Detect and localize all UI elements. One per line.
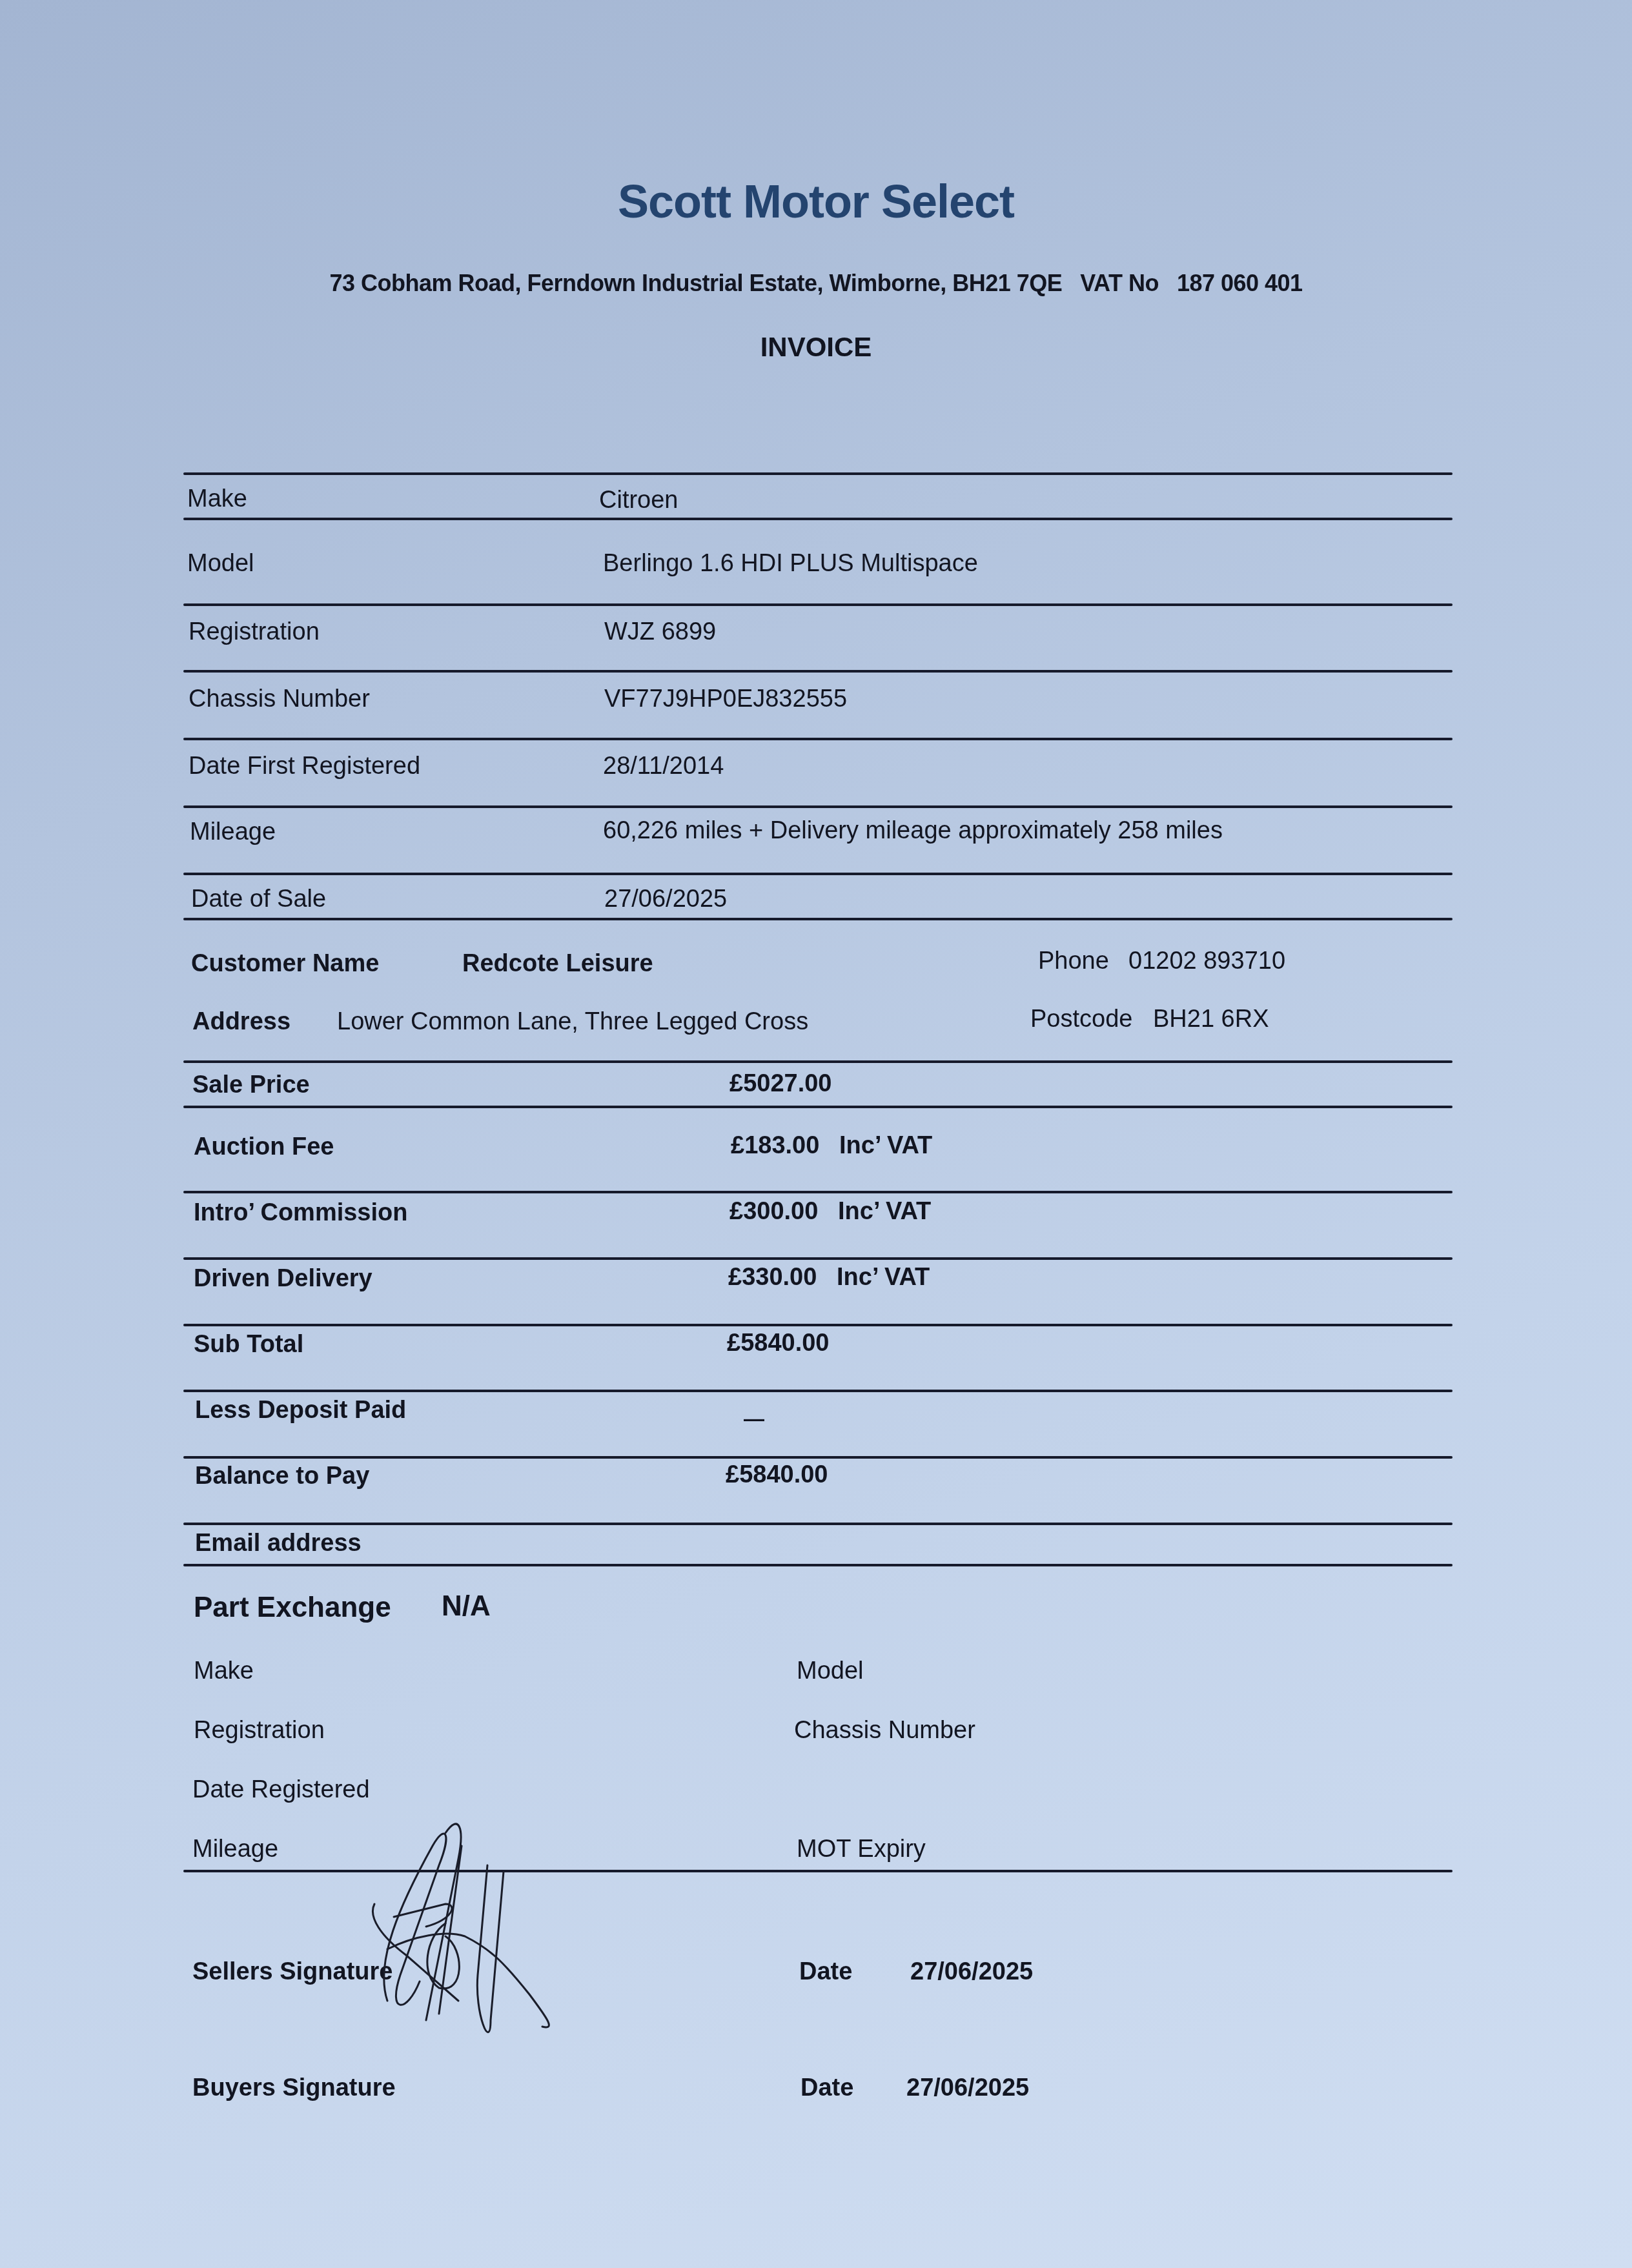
document-title: INVOICE [0,332,1632,363]
px-make-label: Make [194,1657,254,1685]
deposit-paid-amount: — [744,1407,764,1431]
vehicle-mileage-value: 60,226 miles + Delivery mileage approxim… [603,817,1223,845]
vehicle-model-label: Model [187,550,254,578]
seller-date-value: 27/06/2025 [910,1958,1033,1986]
px-date-registered-label: Date Registered [192,1776,370,1804]
driven-delivery-label: Driven Delivery [194,1265,372,1293]
company-address-line: 73 Cobham Road, Ferndown Industrial Esta… [0,270,1632,297]
divider [183,918,1453,920]
intro-commission-amount: £300.00 [729,1198,818,1226]
balance-amount: £5840.00 [726,1461,828,1489]
buyer-date-value: 27/06/2025 [906,2074,1029,2102]
divider [183,1564,1453,1566]
divider [183,1060,1453,1063]
vehicle-chassis-label: Chassis Number [189,685,370,713]
divider [183,1523,1453,1525]
phone-label: Phone [1038,947,1109,975]
date-of-sale-value: 27/06/2025 [604,886,727,913]
vehicle-first-registered-value: 28/11/2014 [603,753,724,780]
divider [183,518,1453,520]
divider [183,873,1453,875]
divider [183,1106,1453,1108]
vehicle-mileage-label: Mileage [190,818,276,846]
sub-total-amount: £5840.00 [727,1330,830,1357]
balance-label: Balance to Pay [195,1463,369,1490]
divider [183,603,1453,606]
sale-price-amount: £5027.00 [729,1070,832,1098]
divider [183,1257,1453,1260]
seller-signature-scribble [349,1807,710,2040]
divider [183,738,1453,740]
vat-label: VAT No [1080,270,1159,296]
vehicle-registration-label: Registration [189,618,320,646]
px-model-label: Model [797,1657,864,1685]
deposit-paid-label: Less Deposit Paid [195,1397,406,1424]
part-exchange-title: Part Exchange [194,1592,391,1624]
vehicle-make-label: Make [187,485,247,513]
customer-address-value: Lower Common Lane, Three Legged Cross [337,1008,808,1036]
vat-number: 187 060 401 [1177,270,1303,296]
vehicle-chassis-value: VF77J9HP0EJ832555 [604,685,847,713]
divider [183,472,1453,475]
postcode-label: Postcode [1030,1006,1132,1033]
postcode-value: BH21 6RX [1153,1006,1269,1033]
sub-total-label: Sub Total [194,1331,303,1359]
divider [183,1324,1453,1326]
px-mileage-label: Mileage [192,1836,278,1863]
px-registration-label: Registration [194,1717,325,1745]
divider [183,1390,1453,1392]
divider [183,805,1453,808]
divider [183,670,1453,673]
part-exchange-status: N/A [442,1590,491,1623]
px-mot-expiry-label: MOT Expiry [797,1836,926,1863]
buyer-date-label: Date [801,2074,853,2102]
phone-value: 01202 893710 [1128,947,1285,975]
auction-fee-amount: £183.00 [731,1132,819,1160]
px-chassis-label: Chassis Number [794,1717,975,1745]
customer-name-value: Redcote Leisure [462,950,653,978]
seller-date-label: Date [799,1958,852,1986]
company-name: Scott Motor Select [0,176,1632,228]
divider [183,1456,1453,1459]
vehicle-make-value: Citroen [599,487,678,514]
vehicle-first-registered-label: Date First Registered [189,753,420,780]
customer-name-label: Customer Name [191,950,379,978]
divider [183,1191,1453,1193]
email-address-label: Email address [195,1530,362,1557]
intro-commission-label: Intro’ Commission [194,1199,407,1227]
date-of-sale-label: Date of Sale [191,886,326,913]
intro-commission-vat-note: Inc’ VAT [838,1198,931,1226]
auction-fee-vat-note: Inc’ VAT [839,1132,932,1160]
customer-address-label: Address [192,1008,291,1036]
vehicle-model-value: Berlingo 1.6 HDI PLUS Multispace [603,550,978,578]
buyer-signature-label: Buyers Signature [192,2074,396,2102]
driven-delivery-vat-note: Inc’ VAT [837,1264,930,1291]
driven-delivery-amount: £330.00 [728,1264,817,1291]
company-address: 73 Cobham Road, Ferndown Industrial Esta… [329,270,1062,296]
sale-price-label: Sale Price [192,1071,310,1099]
auction-fee-label: Auction Fee [194,1133,334,1161]
vehicle-registration-value: WJZ 6899 [604,618,716,646]
